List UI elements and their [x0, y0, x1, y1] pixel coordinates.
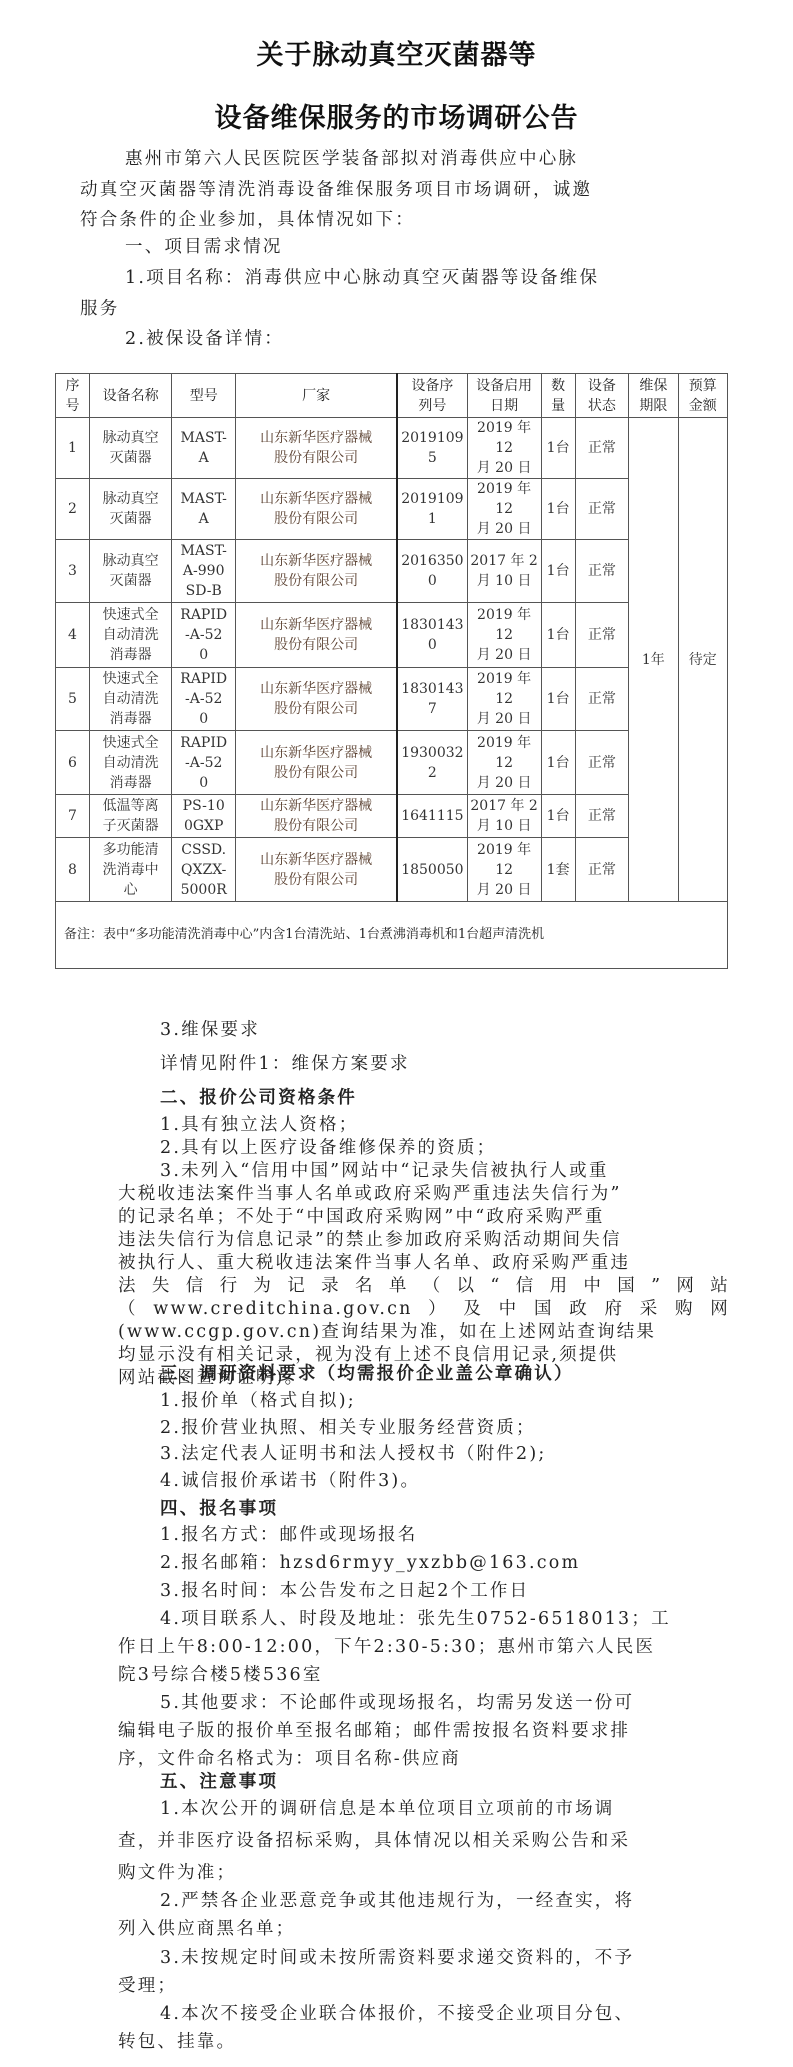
section2-heading: 二、报价公司资格条件	[160, 1086, 793, 1110]
cell-status: 正常	[575, 540, 629, 603]
cell-maker: 山东新华医疗器械股份有限公司	[236, 540, 398, 603]
cell-date: 2019 年 12月 20 日	[467, 838, 541, 902]
maintenance-req-detail: 详情见附件1：维保方案要求	[160, 1052, 793, 1076]
cell-qty: 1台	[541, 418, 575, 479]
cell-status: 正常	[575, 731, 629, 795]
table-row: 3脉动真空灭菌器MAST-A-990SD-B山东新华医疗器械股份有限公司2016…	[56, 540, 728, 603]
table-row: 8多功能清洗消毒中心CSSD.QXZX-5000R山东新华医疗器械股份有限公司1…	[56, 838, 728, 902]
cell-model: MAST-A	[172, 418, 236, 479]
qualification-line: 的记录名单；不处于“中国政府采购网”中“政府采购严重	[118, 1205, 730, 1229]
cell-date: 2019 年 12月 20 日	[467, 731, 541, 795]
registration-line: 1.报名方式：邮件或现场报名	[160, 1523, 772, 1547]
section4-heading: 四、报名事项	[160, 1497, 793, 1521]
cell-serial: 20163500	[397, 540, 467, 603]
qualification-line: 法失信行为记录名单（以“信用中国”网站	[118, 1274, 730, 1298]
notice-line: 查，并非医疗设备招标采购，具体情况以相关采购公告和采	[118, 1829, 730, 1853]
cell-no: 7	[56, 795, 90, 838]
cell-date: 2017 年 2月 10 日	[467, 540, 541, 603]
cell-model: RAPID-A-520	[172, 668, 236, 731]
qualification-line: 1.具有独立法人资格；	[160, 1113, 772, 1137]
cell-date: 2019 年 12月 20 日	[467, 603, 541, 668]
project-name-line: 1.项目名称：消毒供应中心脉动真空灭菌器等设备维保	[125, 266, 780, 290]
table-row: 4快速式全自动清洗消毒器RAPID-A-520山东新华医疗器械股份有限公司183…	[56, 603, 728, 668]
cell-serial: 20191095	[397, 418, 467, 479]
intro-line: 符合条件的企业参加，具体情况如下：	[80, 208, 735, 232]
cell-qty: 1套	[541, 838, 575, 902]
materials-line: 4.诚信报价承诺书（附件3)。	[160, 1469, 772, 1493]
cell-date: 2017 年 2月 10 日	[467, 795, 541, 838]
column-header: 序号	[56, 374, 90, 418]
notice-line: 2.严禁各企业恶意竞争或其他违规行为，一经查实，将	[160, 1889, 772, 1913]
notice-line: 4.本次不接受企业联合体报价，不接受企业项目分包、	[160, 2002, 772, 2026]
cell-qty: 1台	[541, 795, 575, 838]
cell-status: 正常	[575, 795, 629, 838]
cell-name: 脉动真空灭菌器	[89, 479, 171, 540]
cell-warranty-period: 1年	[629, 418, 678, 902]
materials-line: 1.报价单（格式自拟);	[160, 1389, 772, 1413]
registration-line: 编辑电子版的报价单至报名邮箱；邮件需按报名资料要求排	[118, 1719, 730, 1743]
cell-qty: 1台	[541, 540, 575, 603]
cell-maker: 山东新华医疗器械股份有限公司	[236, 795, 398, 838]
cell-maker: 山东新华医疗器械股份有限公司	[236, 731, 398, 795]
intro-line: 惠州市第六人民医院医学装备部拟对消毒供应中心脉	[125, 147, 780, 171]
notice-line: 购文件为准；	[118, 1861, 730, 1885]
maintenance-req-heading: 3.维保要求	[160, 1018, 793, 1042]
intro-line: 动真空灭菌器等清洗消毒设备维保服务项目市场调研，诚邀	[80, 178, 735, 202]
cell-maker: 山东新华医疗器械股份有限公司	[236, 668, 398, 731]
equipment-table: 序号设备名称型号厂家设备序列号设备启用日期数量设备状态维保期限预算金额 1脉动真…	[55, 373, 728, 969]
cell-no: 3	[56, 540, 90, 603]
cell-serial: 20191091	[397, 479, 467, 540]
column-header: 型号	[172, 374, 236, 418]
cell-status: 正常	[575, 603, 629, 668]
table-row: 5快速式全自动清洗消毒器RAPID-A-520山东新华医疗器械股份有限公司183…	[56, 668, 728, 731]
cell-date: 2019 年 12月 20 日	[467, 418, 541, 479]
cell-name: 低温等离子灭菌器	[89, 795, 171, 838]
cell-status: 正常	[575, 479, 629, 540]
qualification-line: (www.ccgp.gov.cn)查询结果为准，如在上述网站查询结果	[118, 1320, 730, 1344]
notice-line: 1.本次公开的调研信息是本单位项目立项前的市场调	[160, 1797, 772, 1821]
cell-no: 4	[56, 603, 90, 668]
section5-heading: 五、注意事项	[160, 1770, 793, 1794]
column-header: 设备状态	[575, 374, 629, 418]
announcement-page: 关于脉动真空灭菌器等 设备维保服务的市场调研公告 惠州市第六人民医院医学装备部拟…	[0, 0, 793, 2067]
column-header: 厂家	[236, 374, 398, 418]
qualification-line: （www.creditchina.gov.cn）及中国政府采购网	[118, 1297, 730, 1321]
registration-line: 3.报名时间：本公告发布之日起2个工作日	[160, 1579, 772, 1603]
registration-line: 院3号综合楼5楼536室	[118, 1663, 730, 1687]
cell-budget: 待定	[678, 418, 727, 902]
cell-serial: 18301437	[397, 668, 467, 731]
qualification-line: 大税收违法案件当事人名单或政府采购严重违法失信行为”	[118, 1182, 730, 1206]
cell-no: 1	[56, 418, 90, 479]
title-line-2: 设备维保服务的市场调研公告	[0, 96, 793, 135]
cell-name: 脉动真空灭菌器	[89, 540, 171, 603]
cell-no: 6	[56, 731, 90, 795]
cell-maker: 山东新华医疗器械股份有限公司	[236, 838, 398, 902]
registration-line: 序，文件命名格式为：项目名称-供应商	[118, 1747, 730, 1771]
cell-model: PS-100GXP	[172, 795, 236, 838]
title-line-1: 关于脉动真空灭菌器等	[0, 33, 793, 72]
cell-status: 正常	[575, 668, 629, 731]
materials-line: 2.报价营业执照、相关专业服务经营资质；	[160, 1416, 772, 1440]
cell-no: 5	[56, 668, 90, 731]
cell-name: 快速式全自动清洗消毒器	[89, 668, 171, 731]
registration-line: 5.其他要求：不论邮件或现场报名，均需另发送一份可	[160, 1691, 772, 1715]
table-note: 备注：表中“多功能清洗消毒中心”内含1台清洗站、1台煮沸消毒机和1台超声清洗机	[56, 902, 728, 969]
table-note-row: 备注：表中“多功能清洗消毒中心”内含1台清洗站、1台煮沸消毒机和1台超声清洗机	[56, 902, 728, 969]
cell-name: 多功能清洗消毒中心	[89, 838, 171, 902]
cell-model: RAPID-A-520	[172, 603, 236, 668]
table-row: 2脉动真空灭菌器MAST-A山东新华医疗器械股份有限公司201910912019…	[56, 479, 728, 540]
cell-model: RAPID-A-520	[172, 731, 236, 795]
column-header: 设备启用日期	[467, 374, 541, 418]
cell-status: 正常	[575, 418, 629, 479]
cell-maker: 山东新华医疗器械股份有限公司	[236, 418, 398, 479]
column-header: 预算金额	[678, 374, 727, 418]
cell-no: 2	[56, 479, 90, 540]
equipment-details-label: 2.被保设备详情：	[125, 327, 780, 351]
project-name-line: 服务	[80, 297, 735, 321]
cell-qty: 1台	[541, 479, 575, 540]
cell-model: MAST-A-990SD-B	[172, 540, 236, 603]
table-header-row: 序号设备名称型号厂家设备序列号设备启用日期数量设备状态维保期限预算金额	[56, 374, 728, 418]
cell-serial: 1850050	[397, 838, 467, 902]
notice-line: 转包、挂靠。	[118, 2030, 730, 2054]
cell-qty: 1台	[541, 603, 575, 668]
notice-line: 3.未按规定时间或未按所需资料要求递交资料的，不予	[160, 1946, 772, 1970]
section3-heading: 三、调研资料要求（均需报价企业盖公章确认）	[160, 1362, 793, 1386]
cell-no: 8	[56, 838, 90, 902]
qualification-line: 被执行人、重大税收违法案件当事人名单、政府采购严重违	[118, 1251, 730, 1275]
cell-qty: 1台	[541, 668, 575, 731]
column-header: 维保期限	[629, 374, 678, 418]
column-header: 设备名称	[89, 374, 171, 418]
cell-serial: 1641115	[397, 795, 467, 838]
cell-model: CSSD.QXZX-5000R	[172, 838, 236, 902]
cell-maker: 山东新华医疗器械股份有限公司	[236, 603, 398, 668]
cell-date: 2019 年 12月 20 日	[467, 668, 541, 731]
column-header: 数量	[541, 374, 575, 418]
cell-model: MAST-A	[172, 479, 236, 540]
registration-line: 4.项目联系人、时段及地址：张先生0752-6518013；工	[160, 1607, 772, 1631]
table-row: 7低温等离子灭菌器PS-100GXP山东新华医疗器械股份有限公司16411152…	[56, 795, 728, 838]
notice-line: 列入供应商黑名单；	[118, 1917, 730, 1941]
cell-status: 正常	[575, 838, 629, 902]
cell-name: 快速式全自动清洗消毒器	[89, 731, 171, 795]
table-row: 6快速式全自动清洗消毒器RAPID-A-520山东新华医疗器械股份有限公司193…	[56, 731, 728, 795]
materials-line: 3.法定代表人证明书和法人授权书（附件2);	[160, 1442, 772, 1466]
cell-serial: 18301430	[397, 603, 467, 668]
qualification-line: 2.具有以上医疗设备维修保养的资质；	[160, 1136, 772, 1160]
registration-line: 作日上午8:00-12:00，下午2:30-5:30；惠州市第六人民医	[118, 1635, 730, 1659]
cell-date: 2019 年 12月 20 日	[467, 479, 541, 540]
cell-name: 脉动真空灭菌器	[89, 418, 171, 479]
table-row: 1脉动真空灭菌器MAST-A山东新华医疗器械股份有限公司201910952019…	[56, 418, 728, 479]
cell-name: 快速式全自动清洗消毒器	[89, 603, 171, 668]
qualification-line: 违法失信行为信息记录”的禁止参加政府采购活动期间失信	[118, 1228, 730, 1252]
column-header: 设备序列号	[397, 374, 467, 418]
cell-qty: 1台	[541, 731, 575, 795]
notice-line: 受理；	[118, 1974, 730, 1998]
section1-heading: 一、项目需求情况	[125, 235, 780, 259]
registration-line: 2.报名邮箱：hzsd6rmyy_yxzbb@163.com	[160, 1551, 772, 1575]
qualification-line: 3.未列入“信用中国”网站中“记录失信被执行人或重	[160, 1159, 772, 1183]
cell-serial: 19300322	[397, 731, 467, 795]
cell-maker: 山东新华医疗器械股份有限公司	[236, 479, 398, 540]
